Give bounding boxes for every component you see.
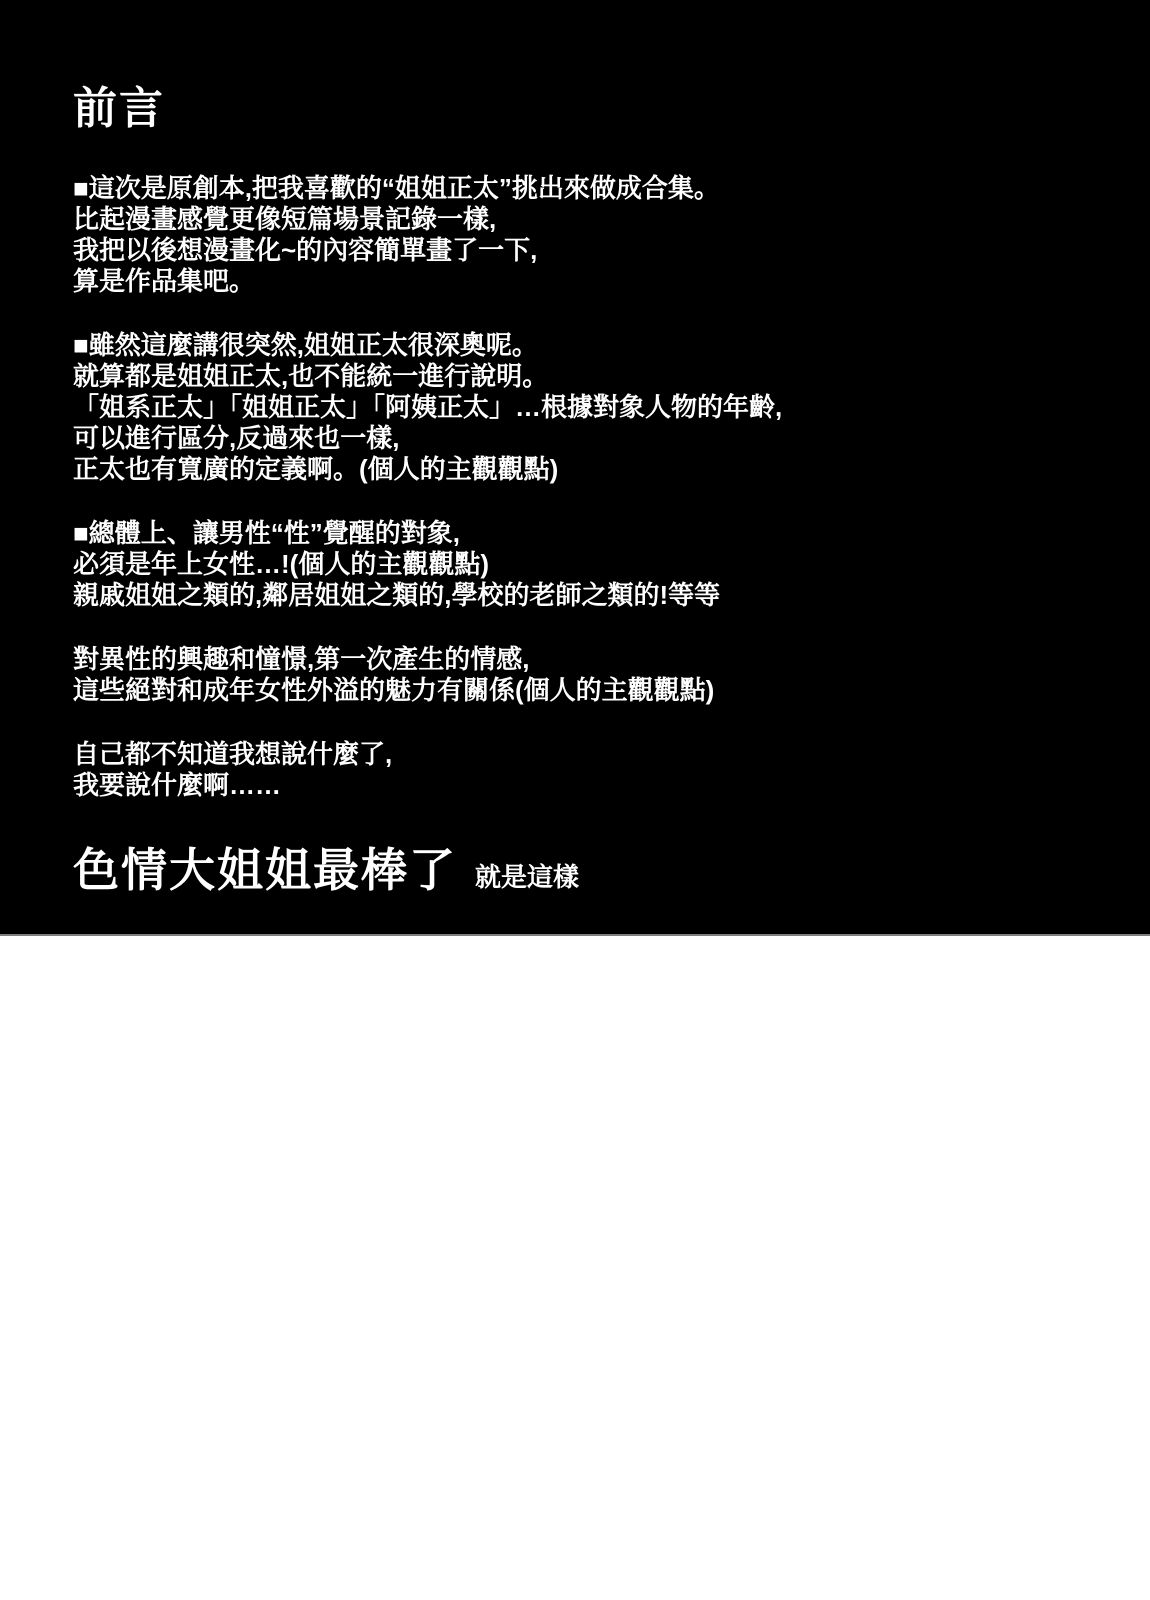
preface-paragraph-2: ■雖然這麼講很突然,姐姐正太很深奧呢。 就算都是姐姐正太,也不能統一進行說明。 …	[73, 330, 1110, 485]
preface-paragraph-4: 對異性的興趣和憧憬,第一次產生的情感, 這些絕對和成年女性外溢的魅力有關係(個人…	[73, 644, 1110, 706]
preface-paragraph-1: ■這次是原創本,把我喜歡的“姐姐正太”挑出來做成合集。 比起漫畫感覺更像短篇場景…	[73, 173, 1110, 297]
preface-paragraph-3: ■總體上、讓男性“性”覺醒的對象, 必須是年上女性…!(個人的主觀觀點) 親戚姐…	[73, 518, 1110, 611]
closing-slogan: 色情大姐姐最棒了	[73, 844, 457, 896]
page-title: 前言	[73, 84, 1110, 135]
preface-panel: 前言 ■這次是原創本,把我喜歡的“姐姐正太”挑出來做成合集。 比起漫畫感覺更像短…	[0, 0, 1150, 936]
closing-slogan-note: 就是這樣	[475, 862, 579, 892]
closing-slogan-line: 色情大姐姐最棒了就是這樣	[73, 834, 1110, 900]
page-lower-blank	[0, 936, 1150, 1598]
preface-paragraph-5: 自己都不知道我想說什麼了, 我要說什麼啊……	[73, 739, 1110, 801]
